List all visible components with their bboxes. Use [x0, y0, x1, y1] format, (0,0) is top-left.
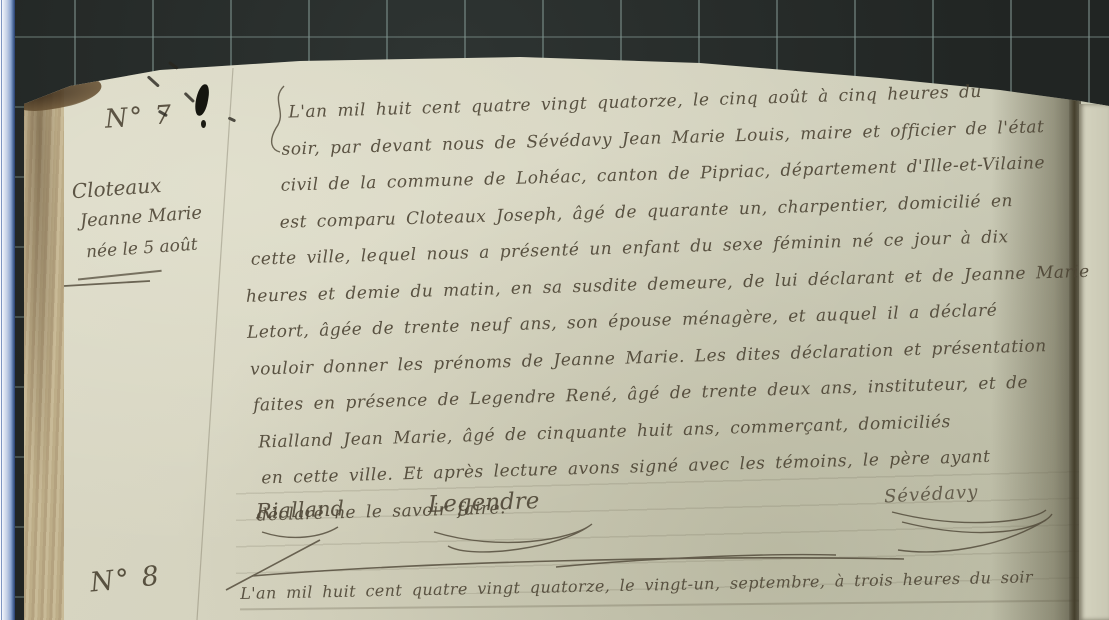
faint-rule [240, 600, 1080, 610]
register-scan-viewer: N° 7 Cloteaux Jeanne Marie née le 5 août… [0, 0, 1109, 620]
ink-drip [201, 120, 206, 128]
signature-rialland: Rialland [256, 496, 345, 523]
window-edge-strip [0, 0, 15, 620]
register-entry-7: L'an mil huit cent quatre vingt quatorze… [238, 70, 1109, 533]
record7-number: N° 7 [104, 100, 174, 135]
signature-legendre: Legendre [428, 488, 540, 518]
